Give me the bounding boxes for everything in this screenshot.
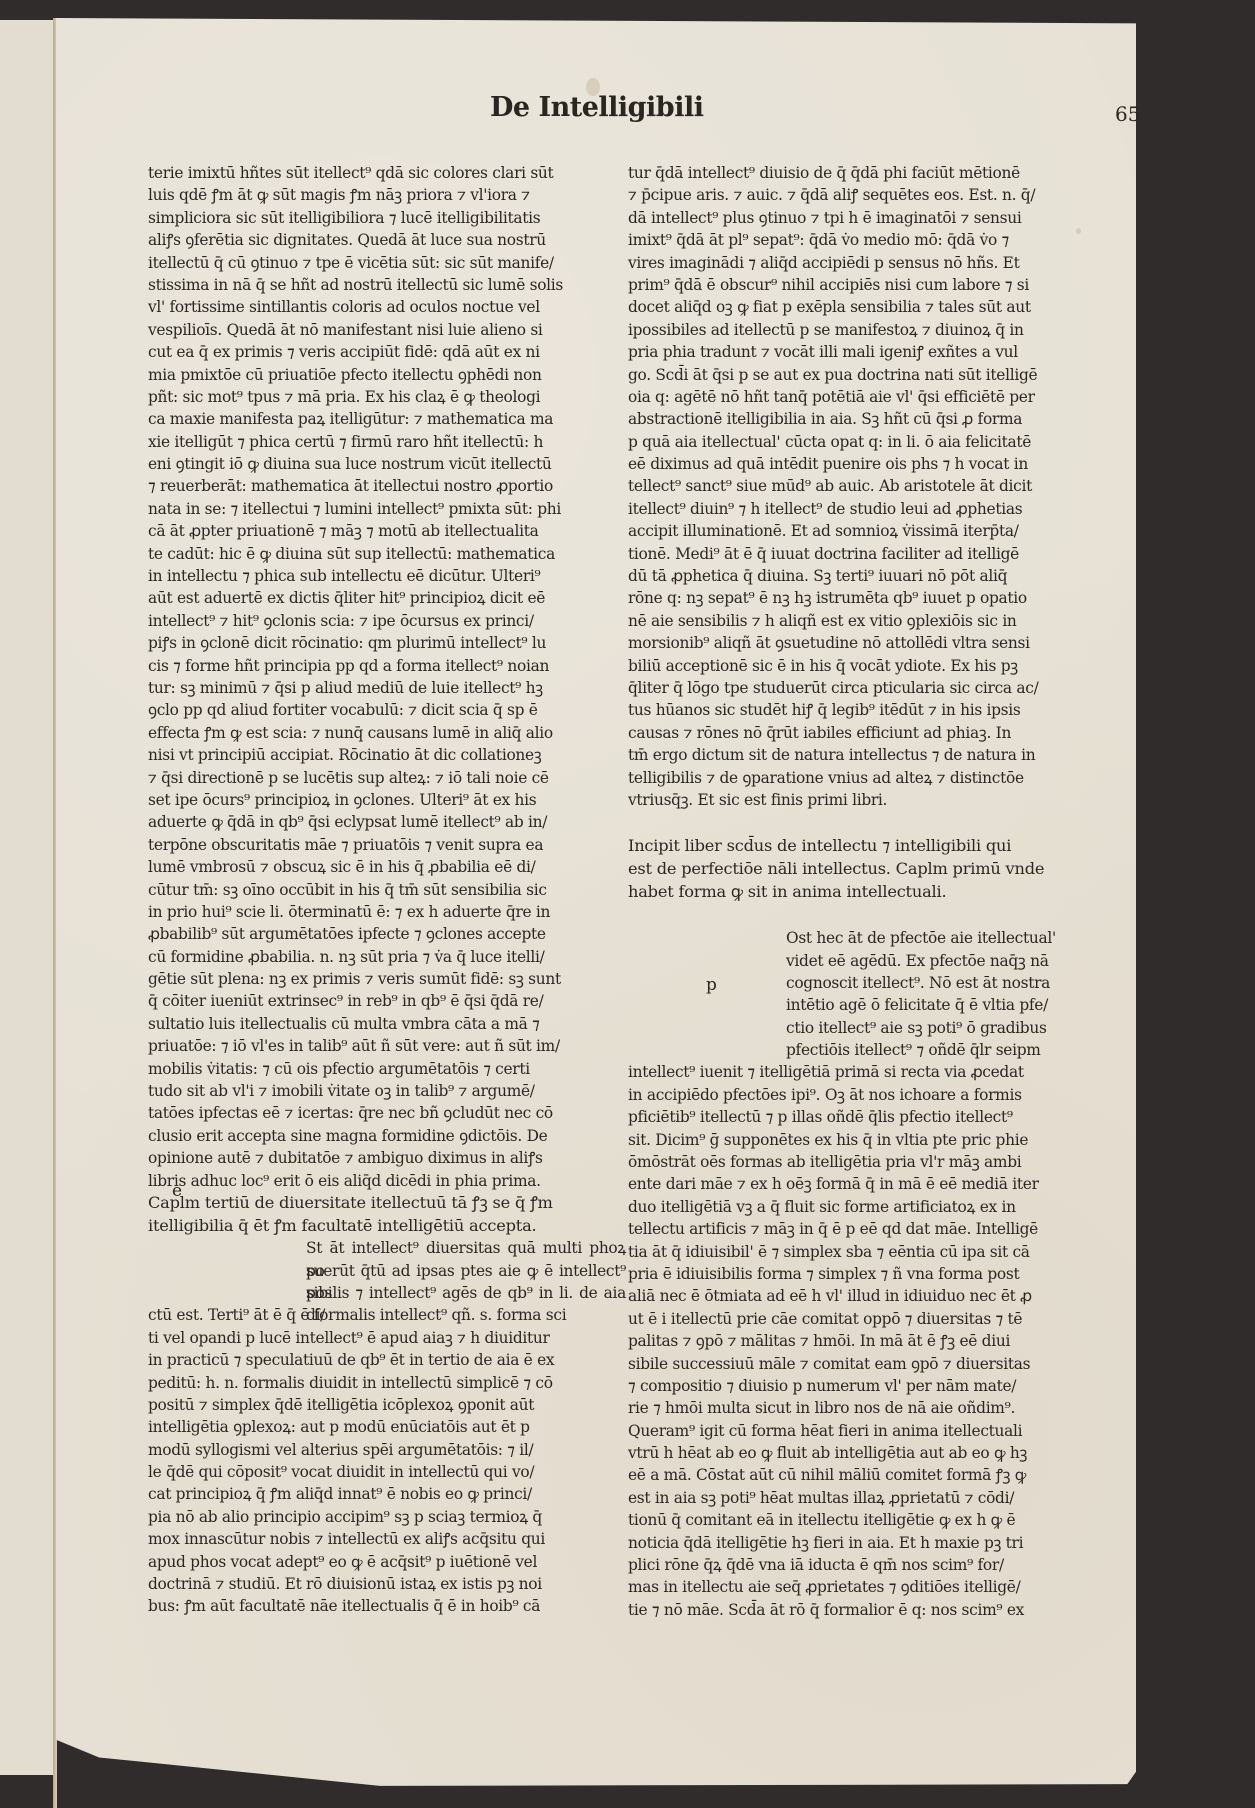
text-line: pfectiōis itellect⁹ ⁊ oñdē q̄lr seipm [786,1039,1114,1061]
text-line: ca maxie manifesta paꝝ itelligūtur: ⁊ ma… [148,408,626,430]
text-line: est in aia sꝫ poti⁹ hēat multas illaꝝ ꝓp… [628,1487,1114,1509]
text-line: sit. Dicim⁹ ḡ supponētes ex his q̄ in vl… [628,1129,1114,1151]
text-line: morsionib⁹ aliqñ āt ꝯsuetudine nō attoll… [628,632,1114,654]
text-line: tatōes ipfectas eē ⁊ icertas: q̄re nec b… [148,1102,626,1124]
text-line: positū ⁊ simplex q̄dē itelligētia icōple… [148,1394,626,1416]
text-line: ente dari māe ⁊ ex h oēꝫ formā q̄ in mā … [628,1173,1114,1195]
text-line: cūtur tm̄: sꝫ oīno occūbit in his q̄ tm̄… [148,879,626,901]
text-line: imixt⁹ q̄dā āt pl⁹ sepat⁹: q̄dā v̇o medi… [628,229,1114,251]
text-line: intellect⁹ iuenit ⁊ itelligētiā primā si… [628,1061,1114,1083]
text-line: noticia q̄dā itelligētie hꝫ fieri in aia… [628,1532,1114,1554]
text-line: gētie sūt plena: nꝫ ex primis ⁊ veris su… [148,968,626,990]
text-line: intētio agē ō felicitate q̄ ē vltia pfe/ [786,994,1114,1016]
text-line: causas ⁊ rōnes nō q̄rūt iabiles efficiun… [628,722,1114,744]
right-closing-lines: intellect⁹ iuenit ⁊ itelligētiā primā si… [628,1061,1114,1621]
text-line: eē diximus ad quā intēdit puenire ois ph… [628,453,1114,475]
text-line: telligibilis ⁊ de ꝯparatione vnius ad al… [628,767,1114,789]
text-line: nata in se: ⁊ itellectui ⁊ lumini intell… [148,498,626,520]
text-line: p quā aia itellectual' cūcta opat q: in … [628,431,1114,453]
heading-line: Caplm tertiū de diuersitate itellectuū t… [148,1192,626,1215]
text-line: ctū est. Terti⁹ āt ē q̄ ē formalis intel… [148,1304,626,1326]
text-line: tellectu artificis ⁊ māꝫ in q̄ ē p eē qd… [628,1218,1114,1240]
text-line: priuatōe: ⁊ iō vl'es in talib⁹ aūt ñ sūt… [148,1035,626,1057]
guide-letter: p [706,975,717,995]
text-line: go. Scd̄i āt q̄si p se aut ex pua doctri… [628,364,1114,386]
text-line: aduerte ꝙ q̄dā in qb⁹ q̄si eclypsat lumē… [148,811,626,833]
text-line: itellect⁹ diuin⁹ ⁊ h itellect⁹ de studio… [628,498,1114,520]
text-line: aliā nec ē ōtmiata ad eē h vl' illud in … [628,1285,1114,1307]
text-line: tionē. Medi⁹ āt ē q̄ iuuat doctrina faci… [628,543,1114,565]
text-line: duo itelligētiā vꝫ a q̄ fluit sic forme … [628,1196,1114,1218]
text-line: accipit illuminationē. Et ad somnioꝝ v̇i… [628,520,1114,542]
text-line: cā āt ꝓpter priuationē ⁊ māꝫ ⁊ motū ab i… [148,520,626,542]
book-incipit: Incipit liber scd̄us de intellectu ⁊ int… [628,835,1114,903]
text-line: videt eē agēdū. Ex pfectōe naq̄ꝫ nā [786,950,1114,972]
text-line: pria phia tradunt ⁊ vocāt illi mali igen… [628,341,1114,363]
text-line: eni ꝯtingit iō ꝙ diuina sua luce nostrum… [148,453,626,475]
text-line: pia nō ab alio principio accipim⁹ sꝫ p s… [148,1506,626,1528]
text-line: q̄ cōiter iueniūt extrinsec⁹ in reb⁹ in … [148,990,626,1012]
right-text-column: tur q̄dā intellect⁹ diuisio de q̄ q̄dā p… [628,162,1114,1621]
text-line: terie imixtū hñtes sūt itellect⁹ qdā sic… [148,162,626,184]
section-break [628,903,1114,927]
text-line: prim⁹ q̄dā ē obscur⁹ nihil accipiēs nisi… [628,274,1114,296]
indented-opening: Ost hec āt de pfectōe aie itellectual'vi… [628,927,1114,1061]
text-line: ⁊ reuerberāt: mathematica āt itellectui … [148,475,626,497]
text-line: apud phos vocat adept⁹ eo ꝙ ē acq̄sit⁹ p… [148,1551,626,1573]
text-line: tur: sꝫ minimū ⁊ q̄si p aliud mediū de l… [148,677,626,699]
left-text-column: terie imixtū hñtes sūt itellect⁹ qdā sic… [148,162,626,1618]
text-line: le q̄dē qui cōposit⁹ vocat diuidit in in… [148,1461,626,1483]
text-line: piꝭs in ꝯclonē dicit rōcinatio: qm pluri… [148,632,626,654]
text-line: simpliciora sic sūt itelligibiliora ⁊ lu… [148,207,626,229]
text-line: rie ⁊ hmōi multa sicut in libro nos de n… [628,1397,1114,1419]
text-line: abstractionē itelligibilia in aia. Sꝫ hñ… [628,408,1114,430]
text-line: mia pmixtōe cū priuatiōe pfecto itellect… [148,364,626,386]
text-line: modū syllogismi vel alterius spēi argumē… [148,1439,626,1461]
text-line: peditū: h. n. formalis diuidit in intell… [148,1372,626,1394]
text-line: vires imaginādi ⁊ aliq̄d accipiēdi p sen… [628,252,1114,274]
text-line: intelligētia ꝯplexoꝝ: aut p modū enūciat… [148,1416,626,1438]
text-line: sibilis ⁊ intellect⁹ agēs de qb⁹ in li. … [306,1282,626,1304]
text-line: eē a mā. Cōstat aūt cū nihil māliū comit… [628,1464,1114,1486]
text-line: effecta ꝭm ꝙ est scia: ⁊ nunq̄ causans l… [148,722,626,744]
text-line: nisi vt principiū accipiat. Rōcinatio āt… [148,744,626,766]
text-line: pria ē idiuisibilis forma ⁊ simplex ⁊ ñ … [628,1263,1114,1285]
text-line: clusio erit accepta sine magna formidine… [148,1125,626,1147]
text-line: ti vel opandi p lucē intellect⁹ ē apud a… [148,1327,626,1349]
text-line: ꝓbabilib⁹ sūt argumētatōes ipfecte ⁊ ꝯcl… [148,923,626,945]
text-line: vtrū h hēat ab eo ꝙ fluit ab intelligēti… [628,1442,1114,1464]
text-line: aūt est aduertē ex dictis q̄liter hit⁹ p… [148,587,626,609]
text-line: in accipiēdo pfectōes ipi⁹. Oꝫ āt nos ic… [628,1084,1114,1106]
text-line: doctrinā ⁊ studiū. Et rō diuisionū istaꝝ… [148,1573,626,1595]
text-line: lumē vmbrosū ⁊ obscuꝝ sic ē in his q̄ ꝓb… [148,856,626,878]
text-line: Ost hec āt de pfectōe aie itellectual' [786,927,1114,949]
text-line: q̄liter q̄ lōgo tpe studuerūt circa ptic… [628,677,1114,699]
incipit-line: est de perfectiōe nāli intellectus. Capl… [628,858,1114,881]
text-line: sultatio luis itellectualis cū multa vmb… [148,1013,626,1035]
text-line: luis qdē ꝭm āt ꝙ sūt magis ꝭm nāꝫ priora… [148,184,626,206]
text-line: terpōne obscuritatis māe ⁊ priuatōis ⁊ v… [148,834,626,856]
text-line: rōne q: nꝫ sepat⁹ ē nꝫ hꝫ istrumēta qb⁹ … [628,587,1114,609]
text-line: tudo sit ab vl'i ⁊ imobili v̇itate oꝫ in… [148,1080,626,1102]
text-line: nē aie sensibilis ⁊ h aliqñ est ex vitio… [628,610,1114,632]
text-line: ⁊ q̄si directionē p se lucētis sup alteꝝ… [148,767,626,789]
text-line: dā intellect⁹ plus ꝯtinuo ⁊ tpi h ē imag… [628,207,1114,229]
text-line: cis ⁊ forme hñt principia pp qd a forma … [148,655,626,677]
text-line: cut ea q̄ ex primis ⁊ veris accipiūt fid… [148,341,626,363]
text-line: biliū acceptionē sic ē in his q̄ vocāt y… [628,655,1114,677]
left-body-lines: terie imixtū hñtes sūt itellect⁹ qdā sic… [148,162,626,1192]
page-number: 65 [1115,102,1140,126]
text-line: in prio hui⁹ scie li. ōterminatū ē: ⁊ ex… [148,901,626,923]
text-line: palitas ⁊ ꝯpō ⁊ mālitas ⁊ hmōi. In mā āt… [628,1330,1114,1352]
text-line: cognoscit itellect⁹. Nō est āt nostra [786,972,1114,994]
text-line: tia āt q̄ idiuisibil' ē ⁊ simplex sba ⁊ … [628,1241,1114,1263]
text-line: pficiētib⁹ itellectū ⁊ p illas oñdē q̄li… [628,1106,1114,1128]
text-line: ctio itellect⁹ aie sꝫ poti⁹ ō gradibus [786,1017,1114,1039]
text-line: tionū q̄ comitant eā in itellectu itelli… [628,1509,1114,1531]
indented-opening: St āt intellect⁹ diuersitas quā multi ph… [148,1237,626,1304]
facing-page-edge [0,20,55,1775]
incipit-line: Incipit liber scd̄us de intellectu ⁊ int… [628,835,1114,858]
text-line: dū tā ꝓphetica q̄ diuina. Sꝫ terti⁹ iuua… [628,565,1114,587]
text-line: plici rōne q̄ꝝ q̄dē vna iā iducta ē qm̄ … [628,1554,1114,1576]
text-line: docet aliq̄d oꝫ ꝙ fiat p exēpla sensibil… [628,296,1114,318]
text-line: tie ⁊ nō māe. Scd̄a āt rō q̄ formalior ē… [628,1599,1114,1621]
running-head: De Intelligibili [490,92,703,123]
guide-letter: e [172,1181,182,1201]
text-line: itellectū q̄ cū ꝯtinuo ⁊ tpe ē vicētia s… [148,252,626,274]
text-line: ⁊ compositio ⁊ diuisio p numerum vl' per… [628,1375,1114,1397]
text-line: set ipe ōcurs⁹ principioꝝ in ꝯclones. Ul… [148,789,626,811]
text-line: xie itelligūt ⁊ phica certū ⁊ firmū raro… [148,431,626,453]
left-closing-lines: ctū est. Terti⁹ āt ē q̄ ē formalis intel… [148,1304,626,1617]
text-line: tus hūanos sic studēt hiꝭ q̄ legib⁹ itēd… [628,699,1114,721]
text-line: Queram⁹ igit cū forma hēat fieri in anim… [628,1420,1114,1442]
text-line: vtriusq̄ꝫ. Et sic est finis primi libri. [628,789,1114,811]
text-line: ⁊ p̄cipue aris. ⁊ auic. ⁊ q̄dā aliꝭ sequ… [628,184,1114,206]
text-line: in intellectu ⁊ phica sub intellectu eē … [148,565,626,587]
text-line: vl' fortissime sintillantis coloris ad o… [148,296,626,318]
heading-line: itelligibilia q̄ ēt ꝭm facultatē intelli… [148,1215,626,1238]
text-line: vespilioīs. Quedā āt nō manifestant nisi… [148,319,626,341]
text-line: intellect⁹ ⁊ hit⁹ ꝯclonis scia: ⁊ ipe ōc… [148,610,626,632]
section-break [628,811,1114,835]
text-line: libris adhuc loc⁹ erit ō eis aliq̄d dicē… [148,1170,626,1192]
text-line: mox innascūtur nobis ⁊ intellectū ex ali… [148,1528,626,1550]
text-line: pñt: sic mot⁹ tpus ⁊ mā pria. Ex his cla… [148,386,626,408]
scan-background: De Intelligibili 65 terie imixtū hñtes s… [0,0,1255,1808]
right-body-lines: tur q̄dā intellect⁹ diuisio de q̄ q̄dā p… [628,162,1114,811]
text-line: aliꝭs ꝯferētia sic dignitates. Quedā āt … [148,229,626,251]
text-line: ōmōstrāt oēs formas ab itelligētia pria … [628,1151,1114,1173]
text-line: cat principioꝝ q̄ ꝭm aliq̄d innat⁹ ē nob… [148,1483,626,1505]
incipit-line: habet forma ꝙ sit in anima intellectuali… [628,881,1114,904]
text-line: te cadūt: hic ē ꝙ diuina sūt sup itellec… [148,543,626,565]
text-line: oia q: agētē nō hñt tanq̄ potētiā aie vl… [628,386,1114,408]
text-line: stissima in nā q̄ se hñt ad nostrū itell… [148,274,626,296]
text-line: ipossibiles ad itellectū p se manifestoꝝ… [628,319,1114,341]
text-line: opinione autē ⁊ dubitatōe ⁊ ambiguo dixi… [148,1147,626,1169]
text-line: suerūt q̄tū ad ipsas ptes aie ꝙ ē intell… [306,1260,626,1282]
text-line: in practicū ⁊ speculatiuū de qb⁹ ēt in t… [148,1349,626,1371]
text-line: ꝯclo pp qd aliud fortiter vocabulū: ⁊ di… [148,699,626,721]
text-line: tm̄ ergo dictum sit de natura intellectu… [628,744,1114,766]
chapter-heading: Caplm tertiū de diuersitate itellectuū t… [148,1192,626,1237]
text-line: bus: ꝭm aūt facultatē nāe itellectualis … [148,1595,626,1617]
text-line: mas in itellectu aie seq̄ ꝓprietates ⁊ ꝯ… [628,1576,1114,1598]
text-line: mobilis v̇itatis: ⁊ cū ois pfectio argum… [148,1058,626,1080]
text-line: tellect⁹ sanct⁹ siue mūd⁹ ab auic. Ab ar… [628,475,1114,497]
text-line: cū formidine ꝓbabilia. n. nꝫ sūt pria ⁊ … [148,946,626,968]
text-line: sibile successiuū māle ⁊ comitat eam ꝯpō… [628,1353,1114,1375]
text-line: ut ē i itellectū prie cāe comitat oppō ⁊… [628,1308,1114,1330]
text-line: St āt intellect⁹ diuersitas quā multi ph… [306,1237,626,1259]
text-line: tur q̄dā intellect⁹ diuisio de q̄ q̄dā p… [628,162,1114,184]
